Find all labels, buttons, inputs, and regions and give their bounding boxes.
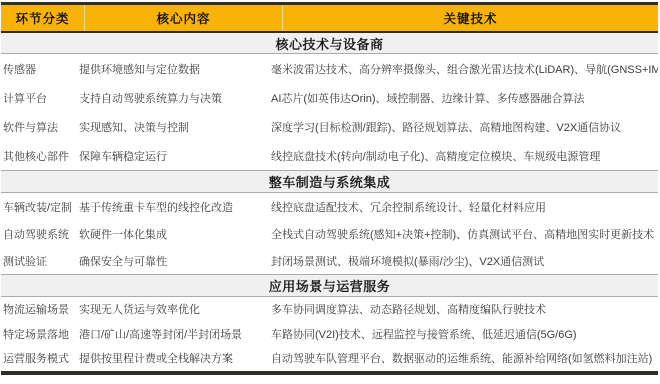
cell-tech: 封闭场景测试、极端环境模拟(暴雨/沙尘)、V2X通信测试 [271, 253, 658, 269]
section-rows: 物流运输场景 实现无人货运与效率优化 多车协同调度算法、动态路径规划、高精度编队… [1, 297, 658, 371]
cell-content: 提供环境感知与定位数据 [79, 61, 271, 77]
cell-category: 物流运输场景 [3, 301, 79, 317]
section-title: 整车制造与系统集成 [1, 170, 658, 193]
table-row: 计算平台 支持自动驾驶系统算力与决策 AI芯片(如英伟达Orin)、域控制器、边… [1, 83, 658, 112]
cell-content: 港口/矿山/高速等封闭/半封闭场景 [79, 326, 271, 342]
cell-category: 特定场景落地 [3, 326, 79, 342]
header-cell-content: 核心内容 [85, 5, 283, 31]
cell-content: 实现感知、决策与控制 [79, 119, 271, 135]
table-section: 应用场景与运营服务 物流运输场景 实现无人货运与效率优化 多车协同调度算法、动态… [1, 274, 658, 371]
section-rows: 车辆改装/定制 基于传统重卡车型的线控化改造 线控底盘适配技术、冗余控制系统设计… [1, 193, 658, 274]
section-title: 核心技术与设备商 [1, 33, 658, 54]
section-title: 应用场景与运营服务 [1, 274, 658, 297]
table-row: 传感器 提供环境感知与定位数据 毫米波雷达技术、高分辨率摄像头、组合激光雷达技术… [1, 54, 658, 83]
cell-content: 保障车辆稳定运行 [79, 148, 271, 164]
table-body: 核心技术与设备商 传感器 提供环境感知与定位数据 毫米波雷达技术、高分辨率摄像头… [1, 33, 658, 371]
cell-tech: 毫米波雷达技术、高分辨率摄像头、组合激光雷达技术(LiDAR)、导航(GNSS+… [271, 61, 658, 77]
cell-content: 支持自动驾驶系统算力与决策 [79, 90, 271, 106]
table-row: 运营服务模式 提供按里程计费或全栈解决方案 自动驾驶车队管理平台、数据驱动的运维… [1, 346, 658, 371]
table-row: 其他核心部件 保障车辆稳定运行 线控底盘技术(转向/制动电子化)、高精度定位模块… [1, 141, 658, 170]
cell-tech: 深度学习(目标检测/跟踪)、路径规划算法、高精地图构建、V2X通信协议 [271, 119, 658, 135]
table-section: 整车制造与系统集成 车辆改装/定制 基于传统重卡车型的线控化改造 线控底盘适配技… [1, 170, 658, 274]
header-cell-tech: 关键技术 [283, 5, 658, 31]
cell-tech: 多车协同调度算法、动态路径规划、高精度编队行驶技术 [271, 301, 658, 317]
table-row: 特定场景落地 港口/矿山/高速等封闭/半封闭场景 车路协同(V2I)技术、远程监… [1, 322, 658, 347]
supply-chain-table: 环节分类 核心内容 关键技术 核心技术与设备商 传感器 提供环境感知与定位数据 … [1, 2, 658, 375]
cell-content: 确保安全与可靠性 [79, 253, 271, 269]
cell-category: 运营服务模式 [3, 350, 79, 366]
cell-tech: 线控底盘适配技术、冗余控制系统设计、轻量化材料应用 [271, 199, 658, 215]
cell-category: 计算平台 [3, 90, 79, 106]
table-row: 车辆改装/定制 基于传统重卡车型的线控化改造 线控底盘适配技术、冗余控制系统设计… [1, 193, 658, 220]
cell-content: 基于传统重卡车型的线控化改造 [79, 199, 271, 215]
cell-category: 测试验证 [3, 253, 79, 269]
cell-tech: 车路协同(V2I)技术、远程监控与接管系统、低延迟通信(5G/6G) [271, 326, 658, 342]
cell-content: 实现无人货运与效率优化 [79, 301, 271, 317]
table-header-row: 环节分类 核心内容 关键技术 [1, 5, 658, 33]
cell-category: 自动驾驶系统 [3, 226, 79, 242]
table-row: 自动驾驶系统 软硬件一体化集成 全栈式自动驾驶系统(感知+决策+控制)、仿真测试… [1, 220, 658, 247]
cell-category: 车辆改装/定制 [3, 199, 79, 215]
page: 环节分类 核心内容 关键技术 核心技术与设备商 传感器 提供环境感知与定位数据 … [0, 0, 660, 384]
table-section: 核心技术与设备商 传感器 提供环境感知与定位数据 毫米波雷达技术、高分辨率摄像头… [1, 33, 658, 170]
cell-category: 其他核心部件 [3, 148, 79, 164]
header-cell-category: 环节分类 [1, 5, 85, 31]
table-row: 物流运输场景 实现无人货运与效率优化 多车协同调度算法、动态路径规划、高精度编队… [1, 297, 658, 322]
cell-content: 提供按里程计费或全栈解决方案 [79, 350, 271, 366]
table-bottom-border [1, 371, 658, 375]
section-rows: 传感器 提供环境感知与定位数据 毫米波雷达技术、高分辨率摄像头、组合激光雷达技术… [1, 54, 658, 170]
cell-category: 传感器 [3, 61, 79, 77]
table-row: 测试验证 确保安全与可靠性 封闭场景测试、极端环境模拟(暴雨/沙尘)、V2X通信… [1, 247, 658, 274]
cell-tech: 全栈式自动驾驶系统(感知+决策+控制)、仿真测试平台、高精地图实时更新技术 [271, 226, 658, 242]
cell-tech: AI芯片(如英伟达Orin)、域控制器、边缘计算、多传感器融合算法 [271, 90, 658, 106]
cell-category: 软件与算法 [3, 119, 79, 135]
cell-content: 软硬件一体化集成 [79, 226, 271, 242]
cell-tech: 自动驾驶车队管理平台、数据驱动的运维系统、能源补给网络(如氢燃料加注站) [271, 350, 658, 366]
cell-tech: 线控底盘技术(转向/制动电子化)、高精度定位模块、车规级电源管理 [271, 148, 658, 164]
table-row: 软件与算法 实现感知、决策与控制 深度学习(目标检测/跟踪)、路径规划算法、高精… [1, 112, 658, 141]
